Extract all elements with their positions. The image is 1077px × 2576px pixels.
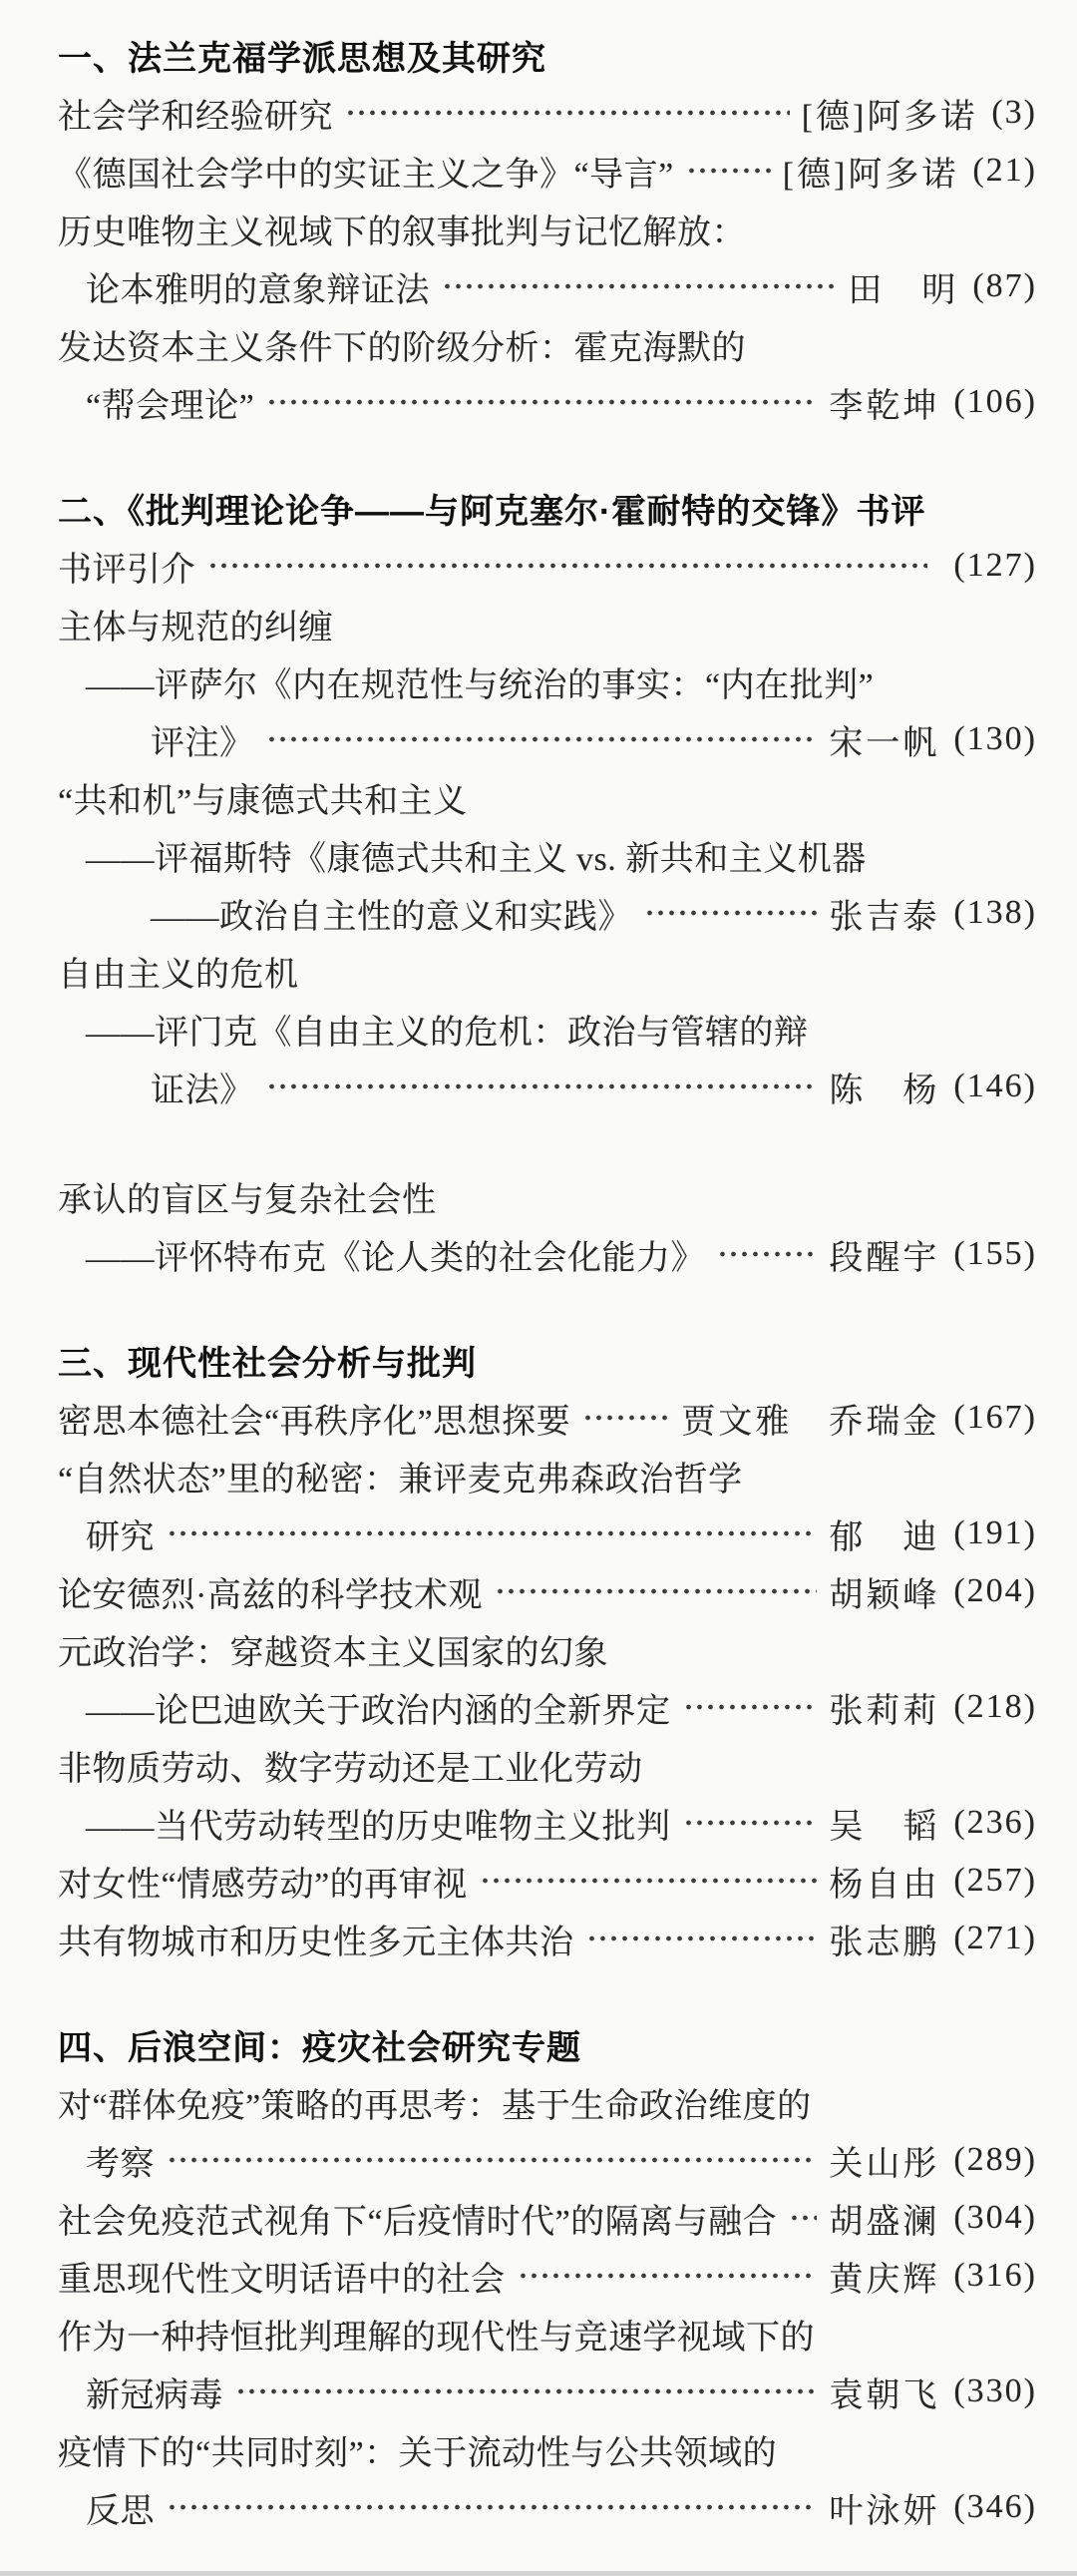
entry-page: (106): [953, 383, 1037, 421]
entry-title: 论本雅明的意象辩证法: [86, 262, 430, 311]
entry-page: (257): [953, 1862, 1037, 1900]
entry-title: 发达资本主义条件下的阶级分析：霍克海默的: [58, 320, 746, 369]
entry-author: 吴 韬: [829, 1799, 939, 1848]
entry-title: 自由主义的危机: [58, 947, 299, 996]
entry-author: [德]阿多诺: [783, 147, 959, 196]
entry-title: 论安德烈·高兹的科学技术观: [58, 1567, 483, 1616]
toc-row: ——评门克《自由主义的危机：政治与管辖的辩: [58, 1000, 1037, 1058]
entry-page: (146): [953, 1068, 1037, 1105]
toc-row: 历史唯物主义视域下的叙事批判与记忆解放：: [58, 200, 1037, 257]
dot-leader: [684, 152, 771, 190]
toc-row: 评注》宋一帆(130): [58, 710, 1037, 768]
toc-row: ——当代劳动转型的历史唯物主义批判吴 韬(236): [58, 1794, 1037, 1852]
entry-author: 李乾坤: [829, 378, 939, 427]
entry-page: (330): [953, 2372, 1037, 2410]
dot-leader: [165, 2488, 817, 2526]
entry-title: 历史唯物主义视域下的叙事批判与记忆解放：: [58, 205, 746, 253]
entry-title: 《德国社会学中的实证主义之争》“导言”: [58, 147, 674, 196]
toc-section: 三、现代性社会分析与批判密思本德社会“再秩序化”思想探要贾文雅 乔瑞金(167)…: [58, 1331, 1037, 1967]
entry-author: 宋一帆: [829, 715, 939, 764]
toc-row: 反思叶泳妍(346): [58, 2478, 1037, 2536]
entry-title: 书评引介: [58, 542, 195, 591]
toc-row: 作为一种持恒批判理解的现代性与竞速学视域下的: [58, 2305, 1037, 2362]
toc-row: 共有物城市和历史性多元主体共治张志鹏(271): [58, 1910, 1037, 1967]
entry-author: [德]阿多诺: [802, 89, 978, 138]
dot-leader: [516, 2257, 818, 2295]
entry-page: (167): [953, 1399, 1037, 1437]
entry-author: 陈 杨: [829, 1063, 939, 1111]
dot-leader: [440, 267, 836, 305]
entry-title: 研究: [86, 1509, 155, 1558]
entry-title: 密思本德社会“再秩序化”思想探要: [58, 1394, 570, 1443]
entry-page: (155): [953, 1235, 1037, 1273]
toc-row: “帮会理论”李乾坤(106): [58, 373, 1037, 431]
dot-leader: [205, 547, 927, 585]
toc-row: “共和机”与康德式共和主义: [58, 768, 1037, 826]
toc-row: ——评萨尔《内在规范性与统治的事实：“内在批判”: [58, 652, 1037, 710]
entry-page: (204): [953, 1572, 1037, 1610]
entry-title: 社会免疫范式视角下“后疫情时代”的隔离与融合: [58, 2194, 777, 2243]
toc-row: 元政治学：穿越资本主义国家的幻象: [58, 1620, 1037, 1678]
toc-page: 一、法兰克福学派思想及其研究社会学和经验研究[德]阿多诺(3)《德国社会学中的实…: [0, 0, 1077, 2536]
entry-page: (304): [953, 2199, 1037, 2237]
dot-leader: [642, 894, 817, 932]
entry-title: 非物质劳动、数字劳动还是工业化劳动: [58, 1741, 643, 1790]
section-title: 二、《批判理论论争——与阿克塞尔·霍耐特的交锋》书评: [58, 479, 1037, 537]
entry-page: (218): [953, 1688, 1037, 1726]
entry-title: 反思: [86, 2483, 155, 2532]
dot-leader: [715, 1235, 817, 1273]
dot-leader: [580, 1399, 669, 1437]
entry-title: ——评福斯特《康德式共和主义 vs. 新共和主义机器: [86, 831, 867, 880]
toc-row: 自由主义的危机: [58, 942, 1037, 1000]
toc-section: 四、后浪空间：疫灾社会研究专题对“群体免疫”策略的再思考：基于生命政治维度的考察…: [58, 2015, 1037, 2536]
entry-title: ——评萨尔《内在规范性与统治的事实：“内在批判”: [86, 657, 874, 706]
dot-leader: [233, 2372, 817, 2410]
entry-title: 对女性“情感劳动”的再审视: [58, 1857, 468, 1906]
toc-section: 一、法兰克福学派思想及其研究社会学和经验研究[德]阿多诺(3)《德国社会学中的实…: [58, 26, 1037, 431]
entry-page: (130): [953, 720, 1037, 758]
toc-row: 发达资本主义条件下的阶级分析：霍克海默的: [58, 315, 1037, 373]
toc-row: ——评福斯特《康德式共和主义 vs. 新共和主义机器: [58, 826, 1037, 884]
entry-title: “共和机”与康德式共和主义: [58, 773, 468, 822]
toc-row: 新冠病毒袁朝飞(330): [58, 2362, 1037, 2420]
entry-author: 黄庆辉: [829, 2252, 939, 2301]
entry-author: 袁朝飞: [829, 2367, 939, 2416]
toc-row: 非物质劳动、数字劳动还是工业化劳动: [58, 1736, 1037, 1794]
entry-author: 张莉莉: [829, 1683, 939, 1732]
entry-page: (289): [953, 2141, 1037, 2179]
entry-author: 胡颖峰: [829, 1567, 939, 1616]
entry-author: 张志鹏: [829, 1915, 939, 1963]
toc-row: 论安德烈·高兹的科学技术观胡颖峰(204): [58, 1562, 1037, 1620]
entry-author: 关山彤: [829, 2136, 939, 2185]
entry-title: ——评怀特布克《论人类的社会化能力》: [86, 1230, 705, 1279]
entry-page: (236): [953, 1804, 1037, 1842]
toc-row: 社会学和经验研究[德]阿多诺(3): [58, 84, 1037, 142]
entry-title: 重思现代性文明话语中的社会: [58, 2252, 506, 2301]
entry-author: 贾文雅 乔瑞金: [681, 1394, 939, 1443]
toc-row: 书评引介(127): [58, 537, 1037, 595]
entry-title: 考察: [86, 2136, 155, 2185]
entry-title: 作为一种持恒批判理解的现代性与竞速学视域下的: [58, 2310, 815, 2359]
toc-row: “自然状态”里的秘密：兼评麦克弗森政治哲学: [58, 1447, 1037, 1504]
toc-row: 密思本德社会“再秩序化”思想探要贾文雅 乔瑞金(167): [58, 1389, 1037, 1447]
dot-leader: [165, 1514, 817, 1552]
entry-page: (138): [953, 894, 1037, 932]
dot-leader: [681, 1688, 818, 1726]
entry-title: “帮会理论”: [86, 378, 254, 427]
entry-title: 新冠病毒: [86, 2367, 223, 2416]
entry-author: 郁 迪: [829, 1509, 939, 1558]
page-bottom-edge: [0, 2571, 1077, 2576]
dot-leader: [343, 94, 790, 132]
entry-title: “自然状态”里的秘密：兼评麦克弗森政治哲学: [58, 1452, 743, 1501]
entry-title: 承认的盲区与复杂社会性: [58, 1172, 437, 1221]
entry-title: ——政治自主性的意义和实践》: [151, 889, 632, 938]
entry-title: ——当代劳动转型的历史唯物主义批判: [86, 1799, 671, 1848]
entry-title: 社会学和经验研究: [58, 89, 333, 138]
section-title: 三、现代性社会分析与批判: [58, 1331, 1037, 1389]
entry-title: 对“群体免疫”策略的再思考：基于生命政治维度的: [58, 2078, 812, 2127]
entry-title: 共有物城市和历史性多元主体共治: [58, 1915, 574, 1963]
entry-title: ——论巴迪欧关于政治内涵的全新界定: [86, 1683, 671, 1732]
entry-page: (191): [953, 1514, 1037, 1552]
toc-row: ——评怀特布克《论人类的社会化能力》段醒宇(155): [58, 1225, 1037, 1283]
toc-row: 疫情下的“共同时刻”：关于流动性与公共领域的: [58, 2420, 1037, 2478]
dot-leader: [165, 2141, 817, 2179]
entry-page: (87): [972, 267, 1037, 305]
toc-row: 论本雅明的意象辩证法田 明(87): [58, 257, 1037, 315]
entry-author: 田 明: [848, 262, 958, 311]
dot-leader: [264, 383, 817, 421]
entry-title: ——评门克《自由主义的危机：政治与管辖的辩: [86, 1005, 809, 1054]
entry-title: 主体与规范的纠缠: [58, 600, 333, 648]
entry-author: 叶泳妍: [829, 2483, 939, 2532]
entry-author: 段醒宇: [829, 1230, 939, 1279]
dot-leader: [264, 720, 818, 758]
toc-row: 《德国社会学中的实证主义之争》“导言”[德]阿多诺(21): [58, 142, 1037, 200]
entry-page: (21): [972, 152, 1037, 190]
toc-row: 对“群体免疫”策略的再思考：基于生命政治维度的: [58, 2073, 1037, 2131]
entry-page: (127): [953, 547, 1037, 585]
entry-page: (316): [953, 2257, 1037, 2295]
dot-leader: [681, 1804, 818, 1842]
toc-row: 重思现代性文明话语中的社会黄庆辉(316): [58, 2247, 1037, 2305]
toc-row: 考察关山彤(289): [58, 2131, 1037, 2189]
entry-title: 元政治学：穿越资本主义国家的幻象: [58, 1625, 608, 1674]
toc-row: 主体与规范的纠缠: [58, 595, 1037, 652]
dot-leader: [478, 1862, 818, 1900]
entry-title: 疫情下的“共同时刻”：关于流动性与公共领域的: [58, 2425, 777, 2474]
dot-leader: [264, 1068, 818, 1105]
toc-row: ——论巴迪欧关于政治内涵的全新界定张莉莉(218): [58, 1678, 1037, 1736]
entry-author: 胡盛澜: [829, 2194, 939, 2243]
toc-row: 对女性“情感劳动”的再审视杨自由(257): [58, 1852, 1037, 1910]
toc-row: 承认的盲区与复杂社会性: [58, 1167, 1037, 1225]
dot-leader: [493, 1572, 818, 1610]
entry-page: (271): [953, 1920, 1037, 1957]
entry-page: (3): [991, 94, 1037, 132]
dot-leader: [787, 2199, 817, 2237]
dot-leader: [584, 1920, 818, 1957]
toc-row: 社会免疫范式视角下“后疫情时代”的隔离与融合胡盛澜(304): [58, 2189, 1037, 2247]
toc-row: 证法》陈 杨(146): [58, 1058, 1037, 1115]
entry-author: 张吉泰: [829, 889, 939, 938]
entry-page: (346): [953, 2488, 1037, 2526]
entry-author: 杨自由: [829, 1857, 939, 1906]
toc: 一、法兰克福学派思想及其研究社会学和经验研究[德]阿多诺(3)《德国社会学中的实…: [58, 26, 1037, 2536]
section-title: 一、法兰克福学派思想及其研究: [58, 26, 1037, 84]
entry-title: 证法》: [151, 1063, 254, 1111]
section-title: 四、后浪空间：疫灾社会研究专题: [58, 2015, 1037, 2073]
toc-row: ——政治自主性的意义和实践》张吉泰(138): [58, 884, 1037, 942]
entry-title: 评注》: [151, 715, 254, 764]
toc-section: 二、《批判理论论争——与阿克塞尔·霍耐特的交锋》书评书评引介(127)主体与规范…: [58, 479, 1037, 1283]
toc-row: 研究郁 迪(191): [58, 1504, 1037, 1562]
